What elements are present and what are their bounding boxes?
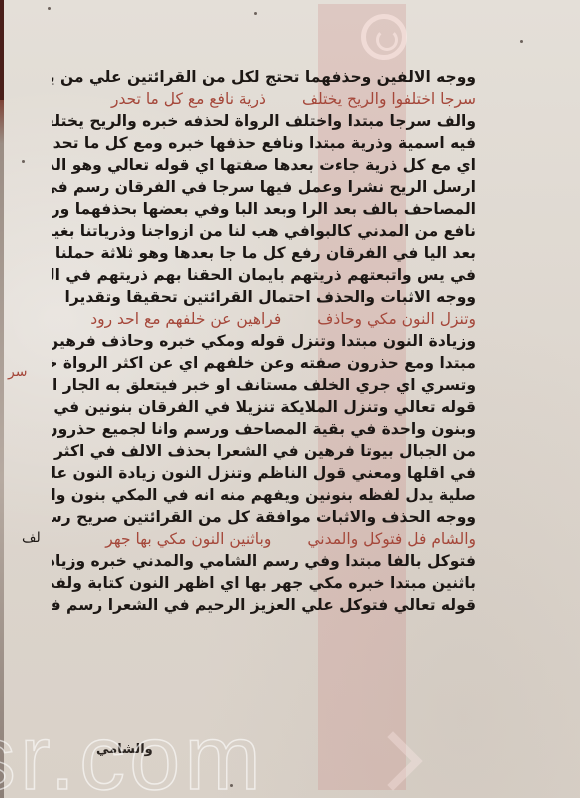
rubric-segment: سرجا اختلفوا والريح يختلف [302,90,476,108]
text-line: بعد اليا في الفرقان رفع كل ما جا بعدها و… [52,242,476,264]
text-line: فتوكل بالفا مبتدا وفي رسم الشامي والمدني… [52,550,476,572]
text-line: من الجبال بيوتا فرهين في الشعرا بحذف الا… [52,440,476,462]
paper-speck [254,12,257,15]
margin-note: لف [22,530,41,546]
text-line: ووجه الاثبات والحذف احتمال القرائتين تحق… [52,286,476,308]
text-line: المصاحف بالف بعد الرا وبعد البا وفي بعضه… [52,198,476,220]
watermark-text: sr.com [0,712,265,798]
text-line: في يس واتبعتهم ذريتهم بايمان الحقنا بهم … [52,264,476,286]
page-binding-edge-dark [0,0,4,100]
text-line: والف سرجا مبتدا واختلف الرواة لحذفه خبره… [52,110,476,132]
rubric-line: والشام فل فتوكل والمدنيوباثنين النون مكي… [52,528,476,550]
text-line: فيه اسمية وذرية مبتدا ونافع حذفها خبره و… [52,132,476,154]
manuscript-text: ووجه الالفين وحذفهما تحتج لكل من القرائت… [52,66,476,616]
text-line: مبتدا ومع حذرون صفته وعن خلفهم اي عن اكث… [52,352,476,374]
margin-note: سر [8,364,27,380]
text-line: قوله تعالي وتنزل الملايكة تنزيلا في الفر… [52,396,476,418]
text-line: قوله تعالي فتوكل علي العزيز الرحيم في ال… [52,594,476,616]
paper-speck [48,7,51,10]
text-line: ارسل الريح نشرا وعمل فيها سرجا في الفرقا… [52,176,476,198]
manuscript-page: ووجه الالفين وحذفهما تحتج لكل من القرائت… [0,0,580,798]
rubric-segment: وتنزل النون مكي وحاذف [317,310,476,328]
page-binding-edge [0,0,4,798]
text-line: وتسري اي جري الخلف مستانف او خبر فيتعلق … [52,374,476,396]
text-line: وزيادة النون مبتدا وتنزل قوله ومكي خبره … [52,330,476,352]
rubric-segment: والشام فل فتوكل والمدني [307,530,476,548]
watermark-logo-icon [361,14,407,60]
text-line: ووجه الالفين وحذفهما تحتج لكل من القرائت… [52,66,476,88]
rubric-line: وتنزل النون مكي وحاذففراهين عن خلفهم مع … [52,308,476,330]
text-line: ووجه الحذف والاثبات موافقة كل من القرائت… [52,506,476,528]
text-line: اي مع كل ذرية جاءت بعدها صفتها اي قوله ت… [52,154,476,176]
paper-speck [22,160,25,163]
text-line: وبنون واحدة في بقية المصاحف ورسم وانا لج… [52,418,476,440]
paper-speck [520,40,523,43]
text-line: صلية يدل لفظه بنونين ويفهم منه انه في ال… [52,484,476,506]
rubric-segment: وباثنين النون مكي بها جهر [105,530,271,548]
rubric-segment: ذرية نافع مع كل ما تحدر [111,90,266,108]
text-line: نافع من المدني كالبوافي هب لنا من ازواجن… [52,220,476,242]
text-line: في اقلها ومعني قول الناظم وتنزل النون زي… [52,462,476,484]
text-line: باثنين مبتدا خبره مكي جهر بها اي اظهر ال… [52,572,476,594]
rubric-segment: فراهين عن خلفهم مع احد رود [90,310,281,328]
rubric-line: سرجا اختلفوا والريح يختلفذرية نافع مع كل… [52,88,476,110]
